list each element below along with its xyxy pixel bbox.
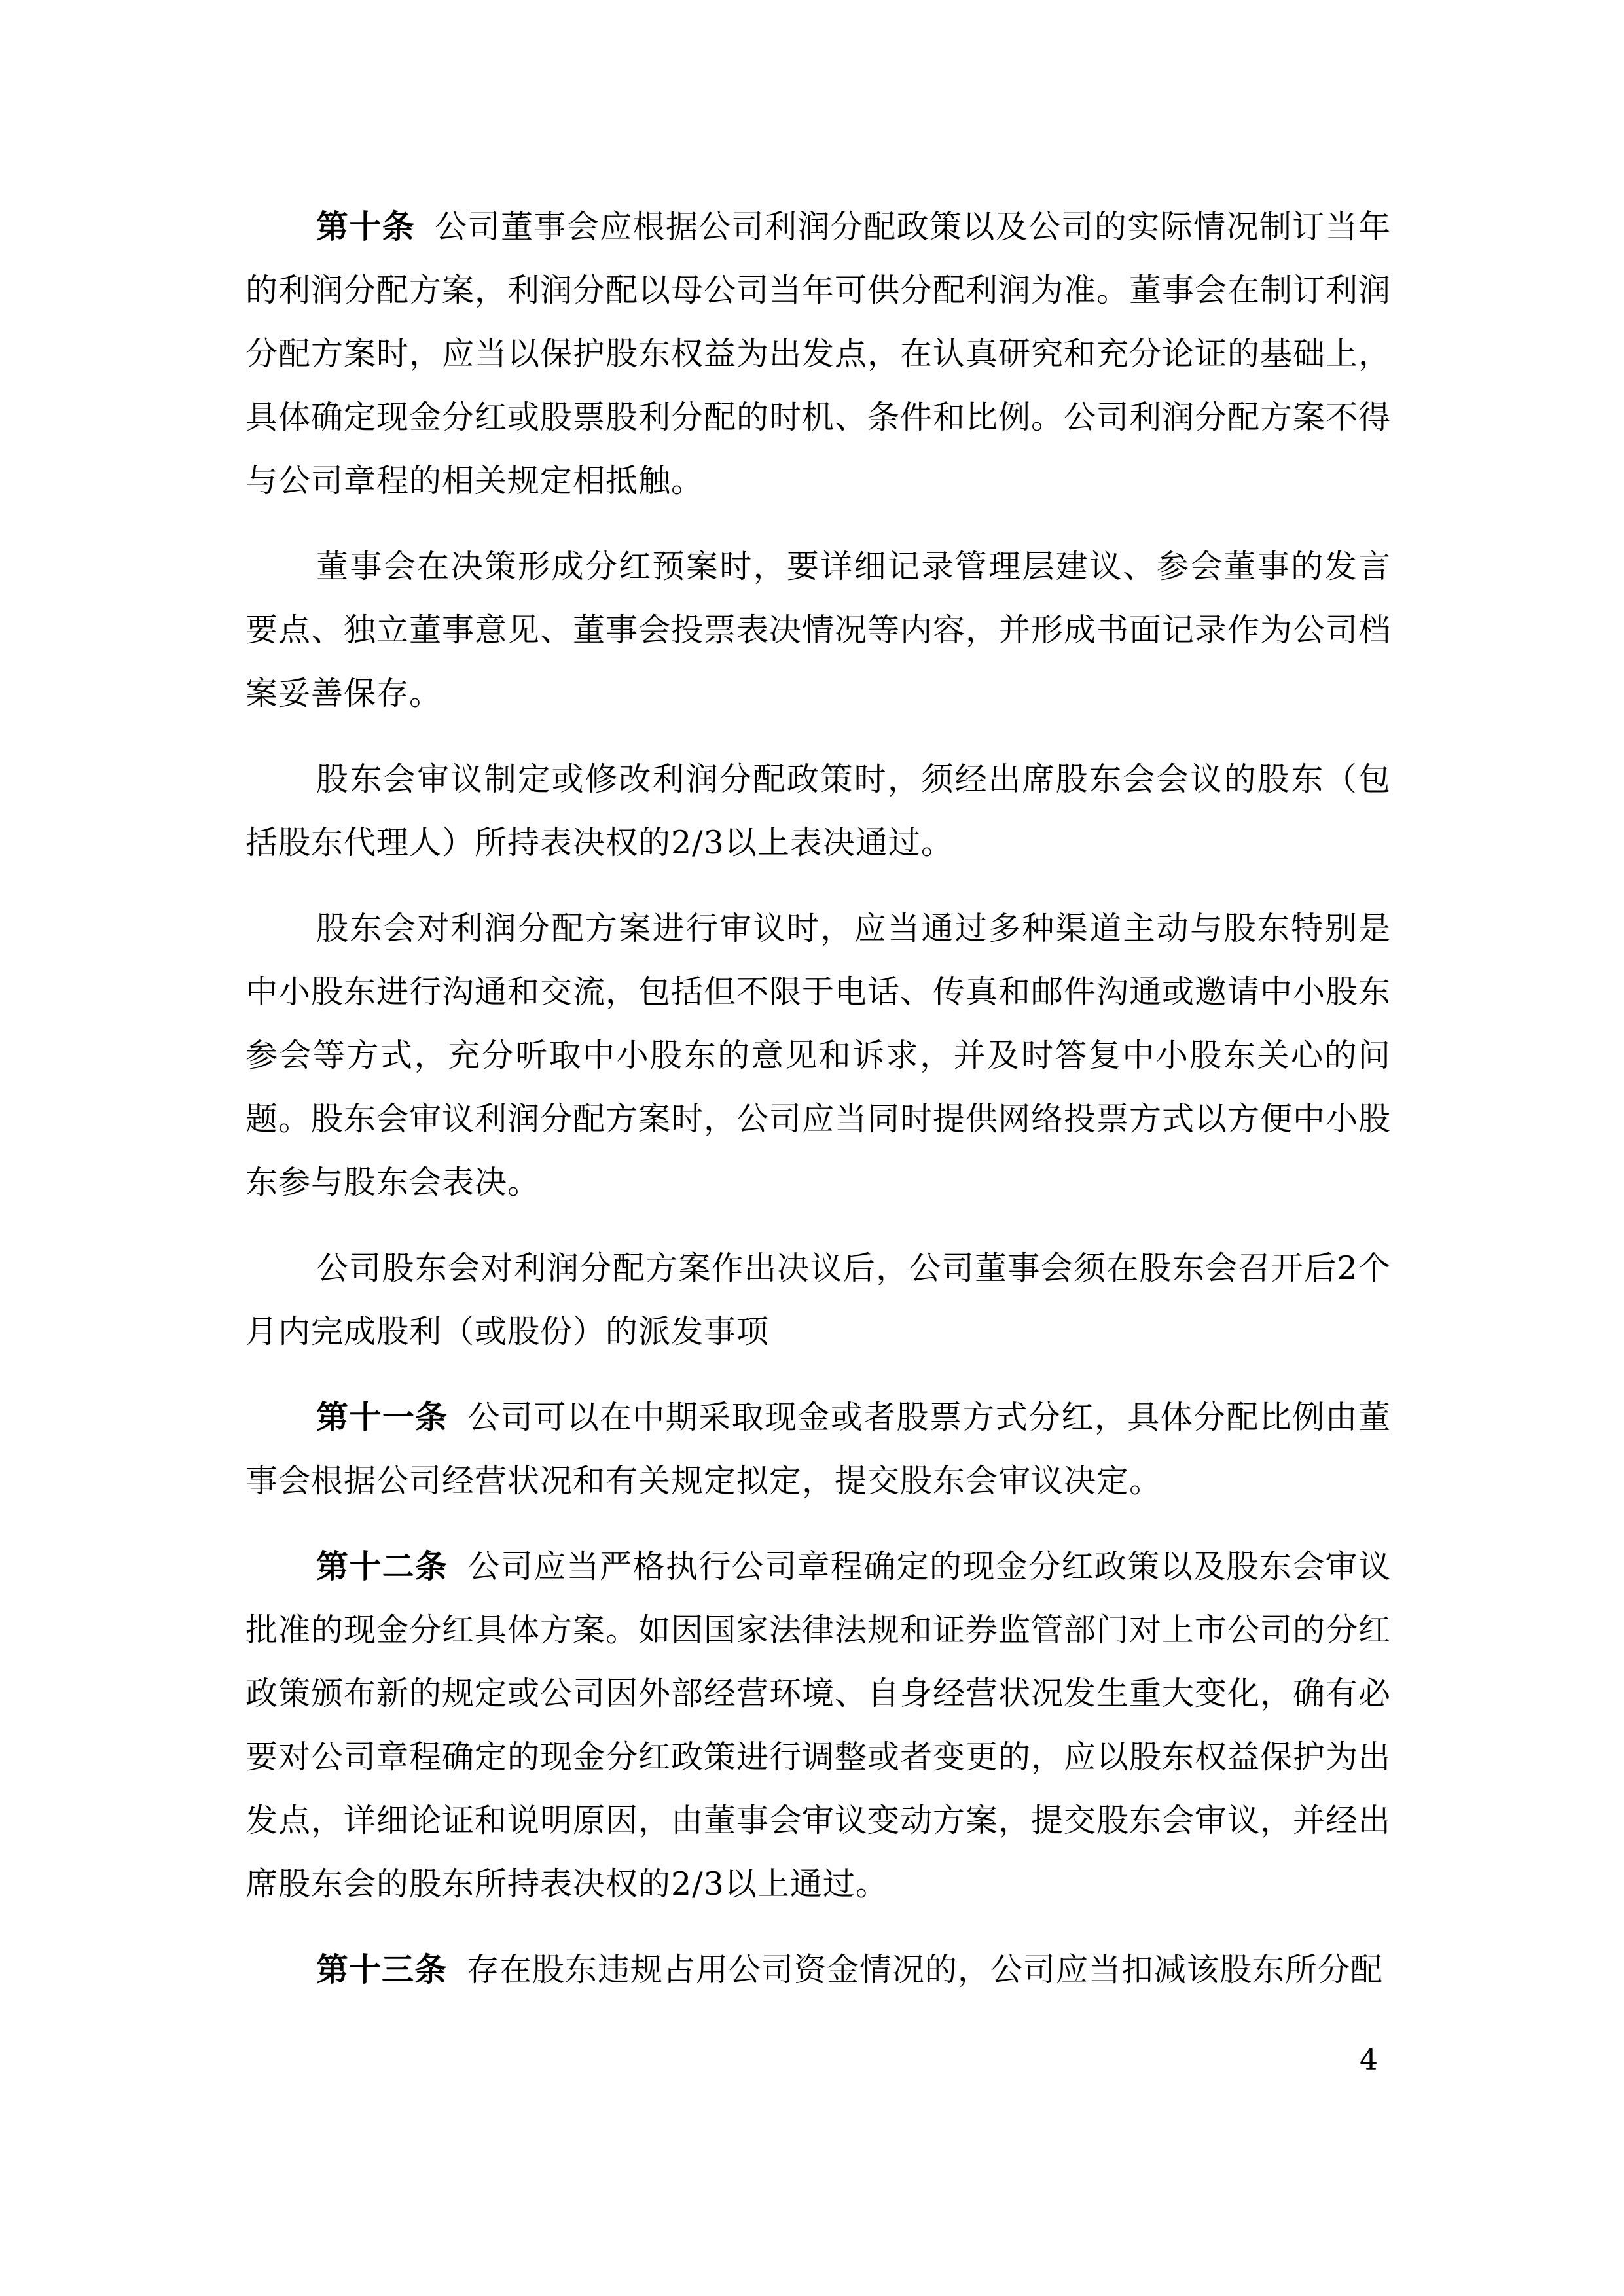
paragraph: 第十二条公司应当严格执行公司章程确定的现金分红政策以及股东会审议批准的现金分红具… bbox=[245, 1535, 1391, 1916]
paragraph: 第十一条公司可以在中期采取现金或者股票方式分红，具体分配比例由董事会根据公司经营… bbox=[245, 1386, 1391, 1513]
article-number-label: 第十三条 bbox=[316, 1950, 447, 1988]
document-body: 第十条公司董事会应根据公司利润分配政策以及公司的实际情况制订当年的利润分配方案，… bbox=[0, 0, 1624, 2001]
page-footer: 4 bbox=[0, 2041, 1624, 2079]
paragraph: 公司股东会对利润分配方案作出决议后，公司董事会须在股东会召开后2个月内完成股利（… bbox=[245, 1236, 1391, 1363]
paragraph-text: 董事会在决策形成分红预案时，要详细记录管理层建议、参会董事的发言要点、独立董事意… bbox=[245, 548, 1391, 712]
paragraph: 股东会审议制定或修改利润分配政策时，须经出席股东会会议的股东（包括股东代理人）所… bbox=[245, 747, 1391, 874]
paragraph-text: 公司股东会对利润分配方案作出决议后，公司董事会须在股东会召开后2个月内完成股利（… bbox=[245, 1249, 1391, 1350]
paragraph: 董事会在决策形成分红预案时，要详细记录管理层建议、参会董事的发言要点、独立董事意… bbox=[245, 535, 1391, 725]
paragraph: 第十三条存在股东违规占用公司资金情况的，公司应当扣减该股东所分配 bbox=[245, 1938, 1391, 2001]
paragraph-text: 公司董事会应根据公司利润分配政策以及公司的实际情况制订当年的利润分配方案，利润分… bbox=[245, 208, 1391, 499]
article-number-label: 第十条 bbox=[316, 207, 415, 245]
paragraph-text: 股东会审议制定或修改利润分配政策时，须经出席股东会会议的股东（包括股东代理人）所… bbox=[245, 761, 1391, 861]
article-number-label: 第十二条 bbox=[316, 1547, 448, 1585]
page-number: 4 bbox=[1360, 2043, 1378, 2077]
article-number-label: 第十一条 bbox=[316, 1398, 448, 1436]
paragraph: 股东会对利润分配方案进行审议时，应当通过多种渠道主动与股东特别是中小股东进行沟通… bbox=[245, 897, 1391, 1214]
paragraph-text: 公司应当严格执行公司章程确定的现金分红政策以及股东会审议批准的现金分红具体方案。… bbox=[245, 1548, 1391, 1903]
paragraph-text: 股东会对利润分配方案进行审议时，应当通过多种渠道主动与股东特别是中小股东进行沟通… bbox=[245, 910, 1391, 1201]
document-page: 第十条公司董事会应根据公司利润分配政策以及公司的实际情况制订当年的利润分配方案，… bbox=[0, 0, 1624, 2296]
paragraph-text: 存在股东违规占用公司资金情况的，公司应当扣减该股东所分配 bbox=[467, 1951, 1383, 1988]
paragraph: 第十条公司董事会应根据公司利润分配政策以及公司的实际情况制订当年的利润分配方案，… bbox=[245, 195, 1391, 512]
